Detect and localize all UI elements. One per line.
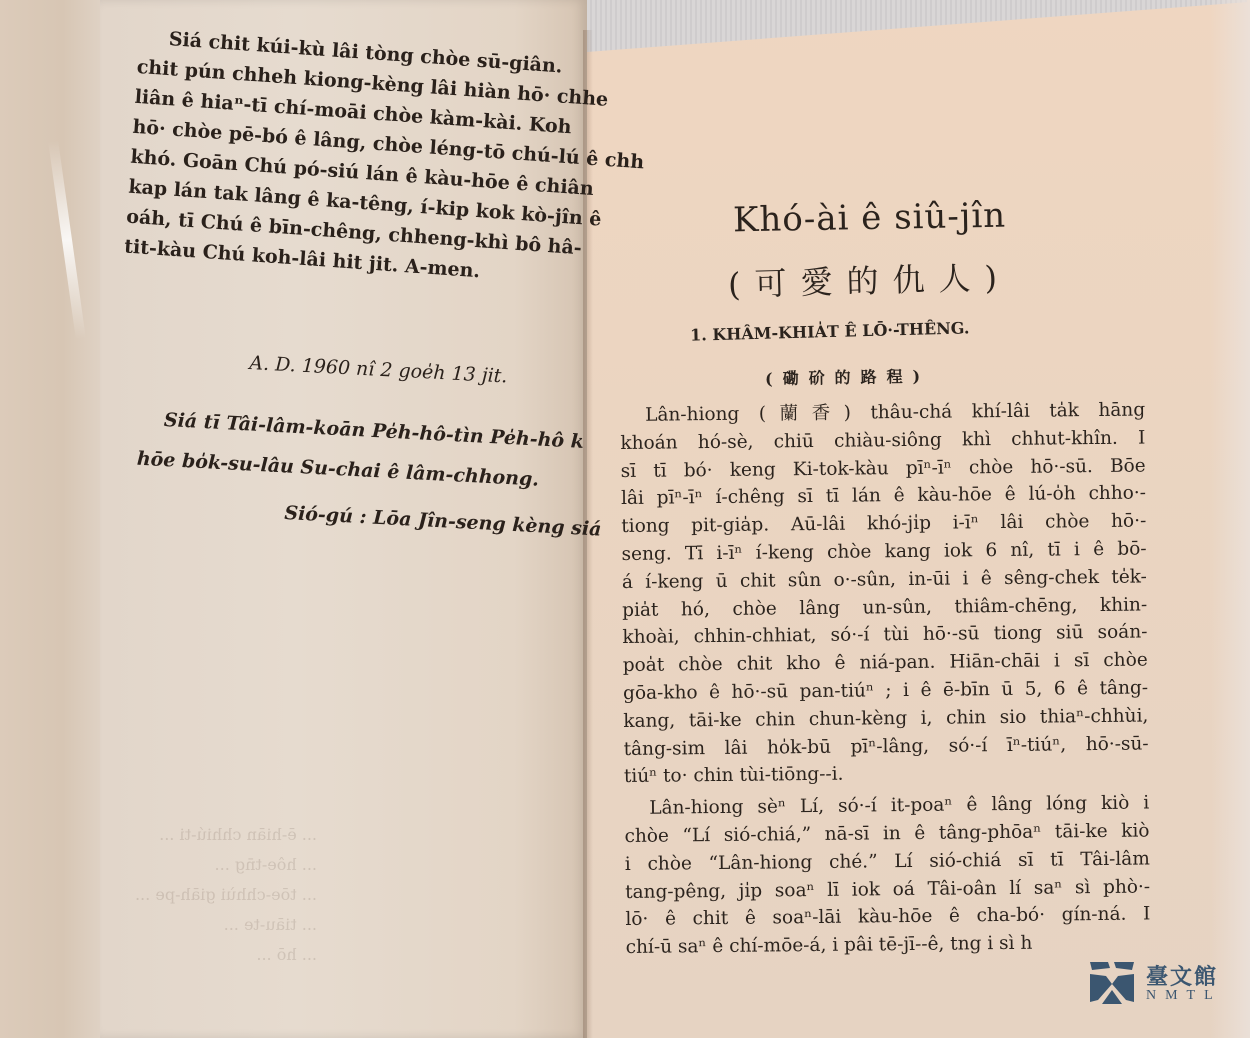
- page-edge: [1210, 0, 1250, 1038]
- ghost-line: ... hôe-tn̄g ...: [135, 850, 317, 880]
- text-line: lō· ê chit ê soaⁿ-lāi kàu-hōe ê cha-bó· …: [625, 901, 1150, 934]
- nmtl-logo-icon: [1088, 960, 1136, 1006]
- right-page-body: Lân-hiong (蘭香) thâu-chá khí-lâi ta̍k hān…: [620, 397, 1151, 962]
- ghost-line: ... hō ...: [135, 940, 317, 970]
- chapter-title: Khó-ài ê siû-jîn: [733, 196, 1007, 241]
- text-line: chí-ū saⁿ ê chí-mōe-á, i pâi tē-jī--ê, t…: [626, 929, 1151, 962]
- ghost-line: ... tiāu-te ...: [135, 910, 317, 940]
- watermark-label-chinese: 臺文館: [1146, 960, 1218, 991]
- left-page-paragraph: Siá chit kúi-kù lâi tòng chòe sū-giân. c…: [123, 22, 589, 293]
- chapter-title-chinese: (可愛的仇人): [727, 252, 1011, 305]
- section-heading-chinese: (磡砎的路程): [765, 364, 931, 390]
- nmtl-watermark: 臺文館 NMTL: [1088, 960, 1238, 1010]
- ghost-line: ... ē-hiān chhiú-ti ...: [135, 820, 317, 850]
- ghost-line: ... tōe-chhùi giāh-pe ...: [135, 880, 317, 910]
- bleed-through-text: ... ē-hiān chhiú-ti ... ... hôe-tn̄g ...…: [135, 820, 317, 970]
- watermark-label-english: NMTL: [1146, 988, 1222, 1004]
